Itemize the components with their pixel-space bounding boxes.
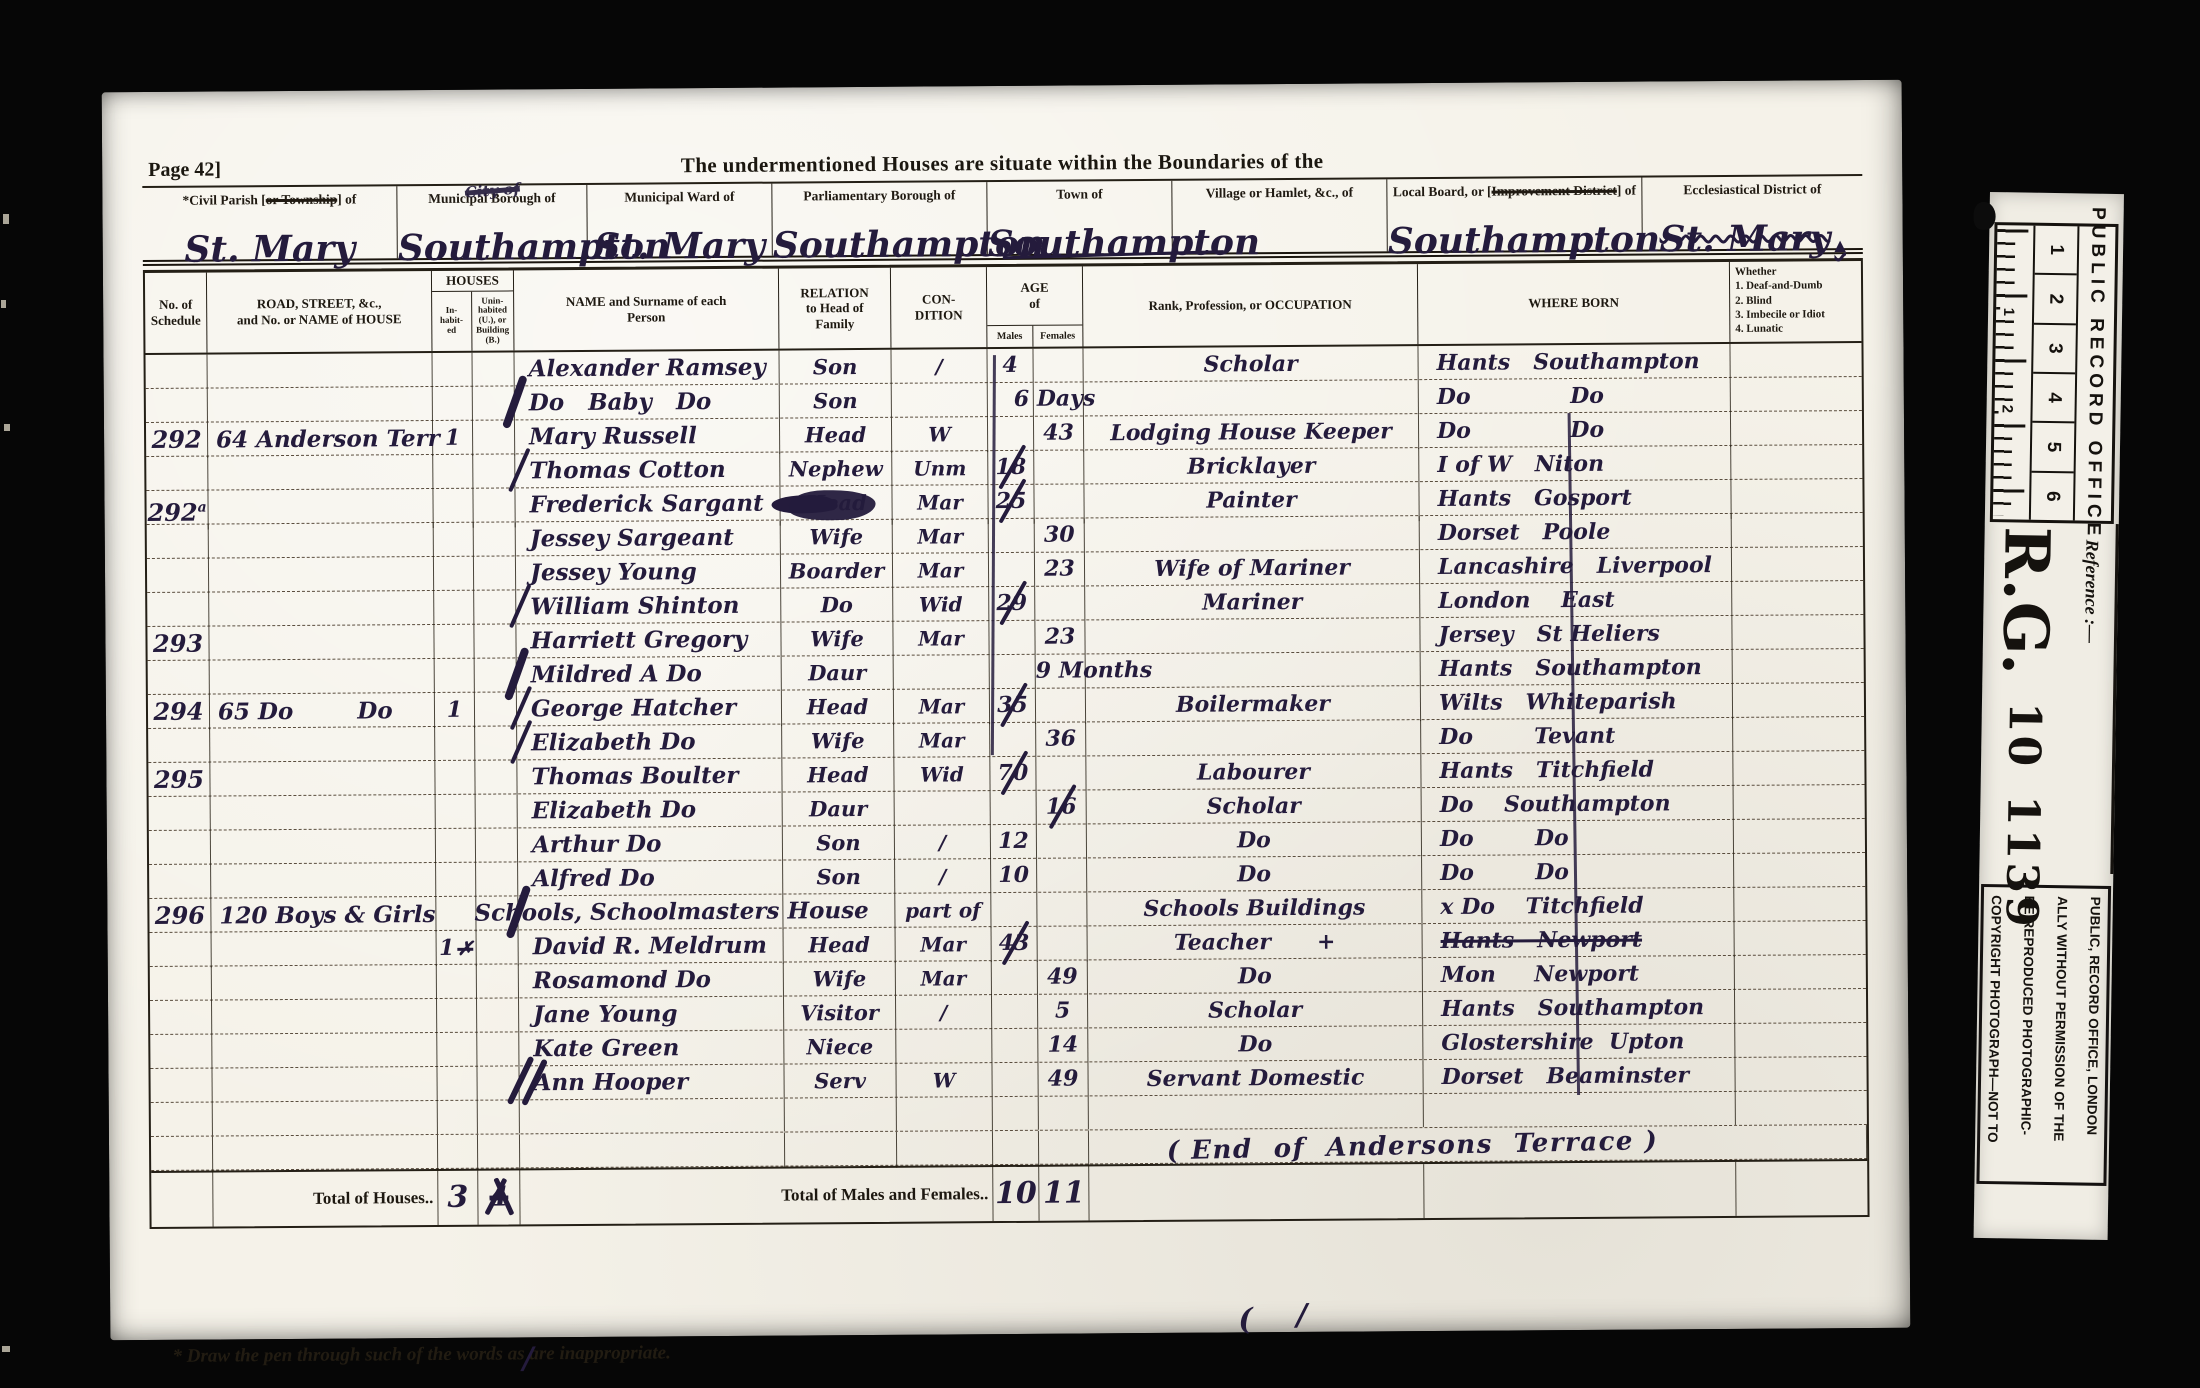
cell-age-female [1036, 688, 1086, 723]
cell-relation: Son [780, 384, 892, 419]
cell-condition: Mar [893, 553, 989, 588]
person-name: Thomas Boulter [531, 762, 738, 790]
cell-empty [897, 1131, 993, 1168]
cell-age-female: 5 [1038, 994, 1088, 1028]
cell-schedule [146, 457, 208, 491]
cell-where-born: Dorset Poole [1420, 514, 1732, 550]
cell-name: Kate Green [519, 1031, 784, 1067]
cell-uninhabited [478, 1100, 520, 1133]
cell-age-male [992, 961, 1038, 995]
col-header-condition: CON- DITION [891, 267, 988, 348]
cell-relation: Head [780, 418, 892, 454]
cell-condition: Mar [893, 621, 989, 656]
census-page-sheet: Page 42] The undermentioned Houses are s… [102, 80, 1911, 1341]
cell-relation: Boarder [781, 554, 893, 589]
cell-road [212, 965, 437, 1001]
crossed-mark: ✗ [457, 938, 473, 960]
total-houses-label: Total of Houses.. [213, 1171, 438, 1227]
cell-inhabited [437, 1067, 477, 1101]
cell-inhabited: 1 [433, 421, 473, 456]
cell-schedule: 293 [147, 627, 209, 661]
cell-disability [1732, 547, 1863, 582]
total-females-value: 11 [1039, 1166, 1089, 1220]
copyright-line: PUBLIC, RECORD OFFICE, LONDON [2084, 897, 2103, 1175]
age-female-value: 36 [1045, 726, 1076, 752]
col-header-males: Males [987, 326, 1033, 347]
pro-stamp-content: PUBLIC RECORD OFFICE 123456 12 Reference… [1974, 192, 2124, 1240]
cell-uninhabited [477, 998, 519, 1032]
district-value: Southampton [1388, 222, 1642, 260]
cell-name: Mary Russell [515, 419, 780, 456]
col-header-houses: HOUSES In- habit- ed Unin- habited (U.),… [432, 270, 515, 351]
cell-where-born: Jersey St Heliers [1420, 616, 1732, 652]
cell-uninhabited [476, 794, 518, 828]
cell-condition: Mar [894, 689, 990, 725]
where-born-value: Dorset Poole [1438, 519, 1611, 546]
district-column: Ecclesiastical District ofSt. Mary▲ [1642, 176, 1862, 250]
ruler-inch-number: 1 [2000, 305, 2017, 320]
cell-schedule [147, 593, 209, 627]
cell-age-female: 9 Months [1036, 654, 1086, 688]
cell-schedule [150, 967, 212, 1001]
reference-label: Reference :— [2064, 523, 2115, 874]
cell-name: George Hatcher [517, 691, 782, 728]
footnote: * Draw the pen through such of the words… [172, 1342, 670, 1367]
totals-empty-cell [1736, 1161, 1867, 1216]
cell-condition [892, 383, 988, 418]
cell-condition: / [895, 825, 991, 860]
census-table-body: Alexander RamseySon/4ScholarHants Southa… [146, 343, 1868, 1171]
cell-condition: Unm [892, 451, 988, 486]
cell-age-male [992, 995, 1038, 1029]
cell-age-female [1035, 586, 1085, 620]
cell-relation: Nephew [780, 452, 892, 487]
district-label: Municipal Ward of [587, 184, 771, 206]
cell-name: Arthur Do [518, 827, 783, 863]
cell-condition: Mar [896, 927, 992, 963]
where-born-value: Do Tevant [1439, 723, 1615, 750]
cell-relation: Head [784, 928, 896, 964]
age-female-value: 23 [1044, 556, 1075, 582]
where-born-value: Do Do [1440, 825, 1569, 852]
age-male-value: 25 [994, 485, 1029, 518]
where-born-value: Jersey St Heliers [1438, 620, 1660, 648]
cell-road [213, 1101, 438, 1136]
district-column: *Civil Parish [or Township] ofSt. Mary [142, 186, 397, 260]
person-name: Arthur Do [532, 830, 662, 858]
cell-schedule: 296 [149, 899, 211, 934]
cell-where-born: Wilts Whiteparish [1421, 684, 1733, 721]
col-header-name: NAME and Surname of each Person [514, 269, 780, 351]
cell-disability [1735, 1057, 1866, 1092]
cell-uninhabited [474, 624, 516, 658]
cell-uninhabited [476, 828, 518, 862]
cell-age-female [1036, 756, 1086, 790]
cell-schedule [149, 797, 211, 831]
cell-disability [1731, 445, 1862, 480]
cell-condition: Mar [894, 723, 990, 758]
cell-condition [894, 655, 990, 690]
cell-where-born: Do Tevant [1421, 718, 1733, 754]
cell-occupation: Scholar [1087, 788, 1422, 824]
where-born-value: Wilts Whiteparish [1439, 688, 1677, 716]
cell-where-born: Do Southampton [1422, 786, 1734, 822]
cell-occupation: Teacher + [1088, 924, 1423, 961]
cell-road [210, 659, 435, 695]
cell-occupation [1086, 652, 1421, 688]
cell-inhabited [436, 829, 476, 863]
cell-disability [1735, 989, 1866, 1024]
cell-inhabited [436, 795, 476, 829]
cell-relation: Serv [784, 1064, 896, 1099]
cell-occupation [1089, 1094, 1424, 1129]
reference-number: R.G. 10 1139 [1979, 522, 2069, 873]
cell-relation: Son [779, 350, 891, 385]
cell-empty [993, 1131, 1039, 1167]
cell-disability [1734, 921, 1865, 957]
cell-uninhabited [476, 862, 518, 896]
ruler-box-number: 1 [2035, 226, 2078, 276]
age-male-value: 35 [995, 689, 1030, 722]
cell-disability [1735, 955, 1866, 990]
cell-schedule [150, 1001, 212, 1035]
cell-relation [785, 1098, 897, 1132]
cell-age-male: 10 [991, 859, 1037, 893]
cell-uninhabited [477, 1032, 519, 1066]
margin-speck [1, 300, 6, 308]
cell-condition: Mar [893, 519, 989, 554]
cell-occupation: Servant Domestic [1088, 1060, 1423, 1096]
cell-age-female [1037, 858, 1087, 892]
cell-road [208, 387, 433, 423]
cell-occupation [1085, 516, 1420, 552]
stray-pen-mark: / [1296, 1298, 1307, 1333]
cell-condition: Wid [893, 587, 989, 622]
col-header-disability: Whether 1. Deaf-and-Dumb 2. Blind 3. Imb… [1730, 261, 1862, 342]
cell-relation: Visitor [784, 996, 896, 1031]
cell-road: 120 Boys & Girls [211, 897, 436, 934]
cell-occupation [1084, 380, 1419, 416]
person-name: Thomas Cotton [529, 456, 726, 484]
cell-uninhabited [473, 454, 515, 488]
cell-uninhabited [472, 352, 514, 386]
cell-age-male: 43 [992, 927, 1038, 962]
cell-condition: / [891, 349, 987, 384]
where-born-value: Dorset Beaminster [1441, 1062, 1689, 1090]
margin-speck [3, 214, 9, 224]
cell-schedule [150, 1069, 212, 1103]
pro-number-boxes: 123456 [2029, 226, 2078, 521]
cell-schedule [146, 355, 208, 389]
cell-name: Schools, Schoolmasters House [518, 895, 783, 932]
cell-age-male [992, 1029, 1038, 1063]
cell-age-female [1038, 926, 1088, 961]
district-column: Municipal Ward ofSt. Mary [587, 184, 772, 257]
cell-where-born: London East [1420, 582, 1732, 618]
cell-inhabited [433, 387, 473, 421]
cell-occupation: Scholar [1083, 346, 1418, 382]
cell-inhabited: 1 [435, 693, 475, 728]
cell-occupation: Labourer [1086, 754, 1421, 790]
cell-schedule [149, 831, 211, 865]
cell-relation: Daur [783, 792, 895, 827]
cell-disability [1730, 343, 1861, 378]
cell-where-born: I of W Niton [1419, 446, 1731, 482]
cell-road [209, 557, 434, 593]
cell-condition: part of [895, 893, 991, 929]
cell-age-female: 49 [1038, 960, 1088, 994]
person-name: Rosamond Do [533, 966, 711, 994]
cell-schedule [151, 1103, 213, 1136]
age-group-title: AGE of [987, 266, 1082, 325]
person-name: William Shinton [530, 592, 739, 620]
cell-where-born: Hants Newport [1423, 922, 1735, 959]
cell-relation: Do [781, 588, 893, 623]
district-label: *Civil Parish [or Township] of [142, 186, 396, 209]
col-header-relation: RELATION to Head of Family [779, 268, 892, 349]
cell-inhabited [432, 353, 472, 387]
age-female-value: 5 [1055, 998, 1070, 1024]
cell-disability [1734, 785, 1865, 820]
cell-relation: Wife [781, 520, 893, 555]
cell-relation: Niece [784, 1030, 896, 1065]
margin-speck [2, 1346, 10, 1352]
cell-age-female [1034, 450, 1084, 484]
cell-condition [896, 1029, 992, 1064]
where-born-value: Hants Newport [1441, 927, 1643, 954]
col-header-age: AGE of Males Females [987, 266, 1084, 347]
age-female-value: 49 [1048, 1066, 1079, 1092]
cell-empty [785, 1132, 897, 1169]
census-table-header: No. of Schedule ROAD, STREET, &c., and N… [145, 261, 1862, 355]
cell-relation: Son [783, 860, 895, 895]
cell-occupation [1086, 720, 1421, 756]
where-born-value: Hants Southampton [1441, 994, 1704, 1022]
cell-name: Thomas Cotton [515, 453, 780, 489]
cell-age-male [989, 553, 1035, 587]
cell-uninhabited [477, 964, 519, 998]
cell-age-female: 49 [1038, 1062, 1088, 1096]
district-value: St. Mary [588, 228, 772, 265]
cell-disability [1736, 1091, 1867, 1125]
where-born-value: London East [1438, 587, 1615, 614]
cell-age-female [1034, 382, 1084, 416]
district-label: Local Board, or [Improvement District] o… [1387, 178, 1641, 201]
cell-where-born: Do Do [1419, 378, 1731, 414]
cell-inhabited [437, 999, 477, 1033]
cell-name: Jessey Young [516, 555, 781, 591]
age-male-value: 29 [994, 587, 1029, 620]
cell-uninhabited [474, 556, 516, 590]
cell-name: Ann Hooper [519, 1065, 784, 1101]
cell-empty [1039, 1130, 1089, 1166]
cell-where-born: Lancashire Liverpool [1420, 548, 1732, 584]
cell-occupation: Bricklayer [1084, 448, 1419, 484]
person-name: Mildred A Do [531, 660, 702, 688]
cell-name: Jessey Sargeant [516, 521, 781, 557]
cell-schedule: 295 [148, 763, 210, 797]
cell-inhabited [436, 863, 476, 897]
stray-pen-mark: ( [1238, 1302, 1252, 1337]
cell-disability [1734, 853, 1865, 888]
cell-name: Elizabeth Do [517, 725, 782, 761]
pro-stamp-strip: PUBLIC RECORD OFFICE 123456 12 Reference… [1974, 192, 2124, 1240]
cell-disability [1733, 649, 1864, 684]
col-header-born: WHERE BORN [1418, 262, 1731, 344]
district-label: Village or Hamlet, &c., of [1172, 179, 1386, 201]
district-column: Parliamentary Borough ofSouthampton [772, 182, 987, 255]
col-header-road: ROAD, STREET, &c., and No. or NAME of HO… [207, 271, 433, 353]
cell-age-female: 14 [1038, 1028, 1088, 1062]
cell-road [207, 353, 432, 389]
cell-disability [1732, 513, 1863, 548]
cell-condition: Wid [894, 757, 990, 792]
cell-empty [213, 1135, 438, 1173]
cell-age-male: 35 [990, 689, 1036, 724]
where-born-value: Lancashire Liverpool [1438, 552, 1712, 580]
cell-age-female: 30 [1035, 518, 1085, 552]
copyright-line: COPYRIGHT PHOTOGRAPH—NOT TO [1985, 895, 2004, 1173]
cell-road: 65 Do Do [210, 693, 435, 730]
cell-uninhabited [474, 522, 516, 556]
where-born-value: Mon Newport [1441, 961, 1639, 988]
age-female-value: 16 [1044, 790, 1079, 823]
pro-office-title: PUBLIC RECORD OFFICE [2073, 226, 2116, 521]
cell-occupation: Do [1088, 1026, 1423, 1062]
cell-age-male [991, 893, 1037, 928]
cell-inhabited [437, 965, 477, 999]
cell-name [520, 1099, 785, 1134]
cell-disability [1733, 683, 1864, 719]
cell-where-born: x Do Titchfield [1422, 888, 1734, 925]
age-male-value: 70 [996, 757, 1031, 790]
cell-where-born: Hants Southampton [1423, 990, 1735, 1026]
cell-name: Harriett Gregory [516, 623, 781, 659]
cell-inhabited [434, 523, 474, 557]
cell-empty [520, 1133, 785, 1171]
struck-label-part: Improvement District [1491, 183, 1616, 199]
cell-occupation: Scholar [1088, 992, 1423, 1028]
cell-disability [1733, 717, 1864, 752]
cell-age-male [989, 519, 1035, 553]
cell-occupation: Do [1087, 856, 1422, 892]
cell-age-female: 23 [1035, 552, 1085, 586]
col-header-females: Females [1033, 325, 1083, 346]
where-born-value: Do Do [1440, 859, 1569, 886]
cell-inhabited [434, 591, 474, 625]
where-born-value: Do Do [1437, 383, 1604, 410]
age-female-value: 43 [1043, 420, 1074, 446]
stray-pen-mark: / [522, 1341, 533, 1376]
cell-road [211, 829, 436, 865]
person-name: Elizabeth Do [532, 796, 697, 824]
cell-age-female [1033, 348, 1083, 382]
district-value: Southampton [398, 229, 587, 266]
total-males-value: 10 [993, 1167, 1039, 1221]
district-value: Southampton [988, 225, 1172, 262]
ruler-box-number: 4 [2032, 374, 2075, 424]
district-label: Ecclesiastical District of [1642, 176, 1862, 198]
cell-age-female: 36 [1036, 722, 1086, 756]
cell-disability [1732, 581, 1863, 616]
cell-condition: W [892, 417, 988, 453]
cell-disability [1734, 887, 1865, 923]
cell-inhabited [438, 1101, 478, 1134]
cell-age-female [1039, 1096, 1089, 1129]
ruler-box-number: 5 [2032, 423, 2075, 473]
cell-name: William Shinton [516, 589, 781, 625]
cell-schedule [146, 389, 208, 423]
where-born-value: x Do Titchfield [1440, 893, 1643, 920]
cell-occupation: Lodging House Keeper [1084, 414, 1419, 451]
cell-road [209, 625, 434, 661]
cell-road [209, 523, 434, 559]
cell-inhabited [435, 727, 475, 761]
cell-empty [438, 1135, 478, 1171]
age-female-value: 30 [1044, 522, 1075, 548]
cell-condition [897, 1097, 993, 1131]
cell-age-male: 70 [990, 757, 1036, 791]
cell-inhabited [435, 659, 475, 693]
cell-where-born: Hants Titchfield [1421, 752, 1733, 788]
cell-where-born: Hants Southampton [1418, 344, 1730, 380]
person-name: Alfred Do [532, 864, 655, 892]
cell-uninhabited [475, 726, 517, 760]
cell-name: Elizabeth Do [518, 793, 783, 829]
ink-blob [1973, 202, 1995, 230]
cell-schedule [148, 661, 210, 695]
person-name: Harriett Gregory [530, 626, 747, 655]
person-name: Ann Hooper [533, 1068, 688, 1096]
cell-disability [1731, 411, 1862, 447]
cell-occupation: Mariner [1085, 584, 1420, 620]
cell-age-male: 12 [991, 825, 1037, 859]
cell-occupation [1085, 618, 1420, 654]
totals-empty-cell [151, 1173, 213, 1227]
cell-schedule [148, 729, 210, 763]
cell-disability [1734, 819, 1865, 854]
cell-schedule [150, 1035, 212, 1069]
cell-where-born: Do Do [1422, 820, 1734, 856]
cell-inhabited [434, 625, 474, 659]
cell-condition [895, 791, 991, 826]
cell-inhabited [434, 557, 474, 591]
col-header-schedule: No. of Schedule [145, 273, 208, 353]
district-value: St. Mary▲ [1643, 220, 1863, 258]
cell-schedule [147, 559, 209, 593]
cell-relation: Daur [782, 656, 894, 691]
district-column: City ofMunicipal Borough ofSouthampton [397, 185, 587, 258]
person-name: Jane Young [533, 1000, 678, 1028]
cell-age-female [1037, 892, 1087, 927]
cell-empty [1736, 1125, 1867, 1162]
where-born-value: Glostershire Upton [1441, 1028, 1684, 1056]
cell-name: Alexander Ramsey [514, 351, 779, 387]
reference-series: R.G. [1988, 526, 2063, 677]
district-value: St. Mary [143, 230, 397, 268]
ruler-inch-number: 2 [1998, 402, 2015, 417]
cell-name: Do Baby Do [515, 385, 780, 421]
cell-road [212, 931, 437, 968]
cell-age-male [990, 655, 1036, 689]
cell-name: Jane Young [519, 997, 784, 1033]
total-houses-struck-cell: 4 [478, 1170, 520, 1224]
cell-inhabited [437, 1033, 477, 1067]
cell-age-male [993, 1097, 1039, 1130]
cell-road [212, 999, 437, 1035]
cell-age-male [991, 791, 1037, 825]
cell-where-born: Do Do [1422, 854, 1734, 890]
